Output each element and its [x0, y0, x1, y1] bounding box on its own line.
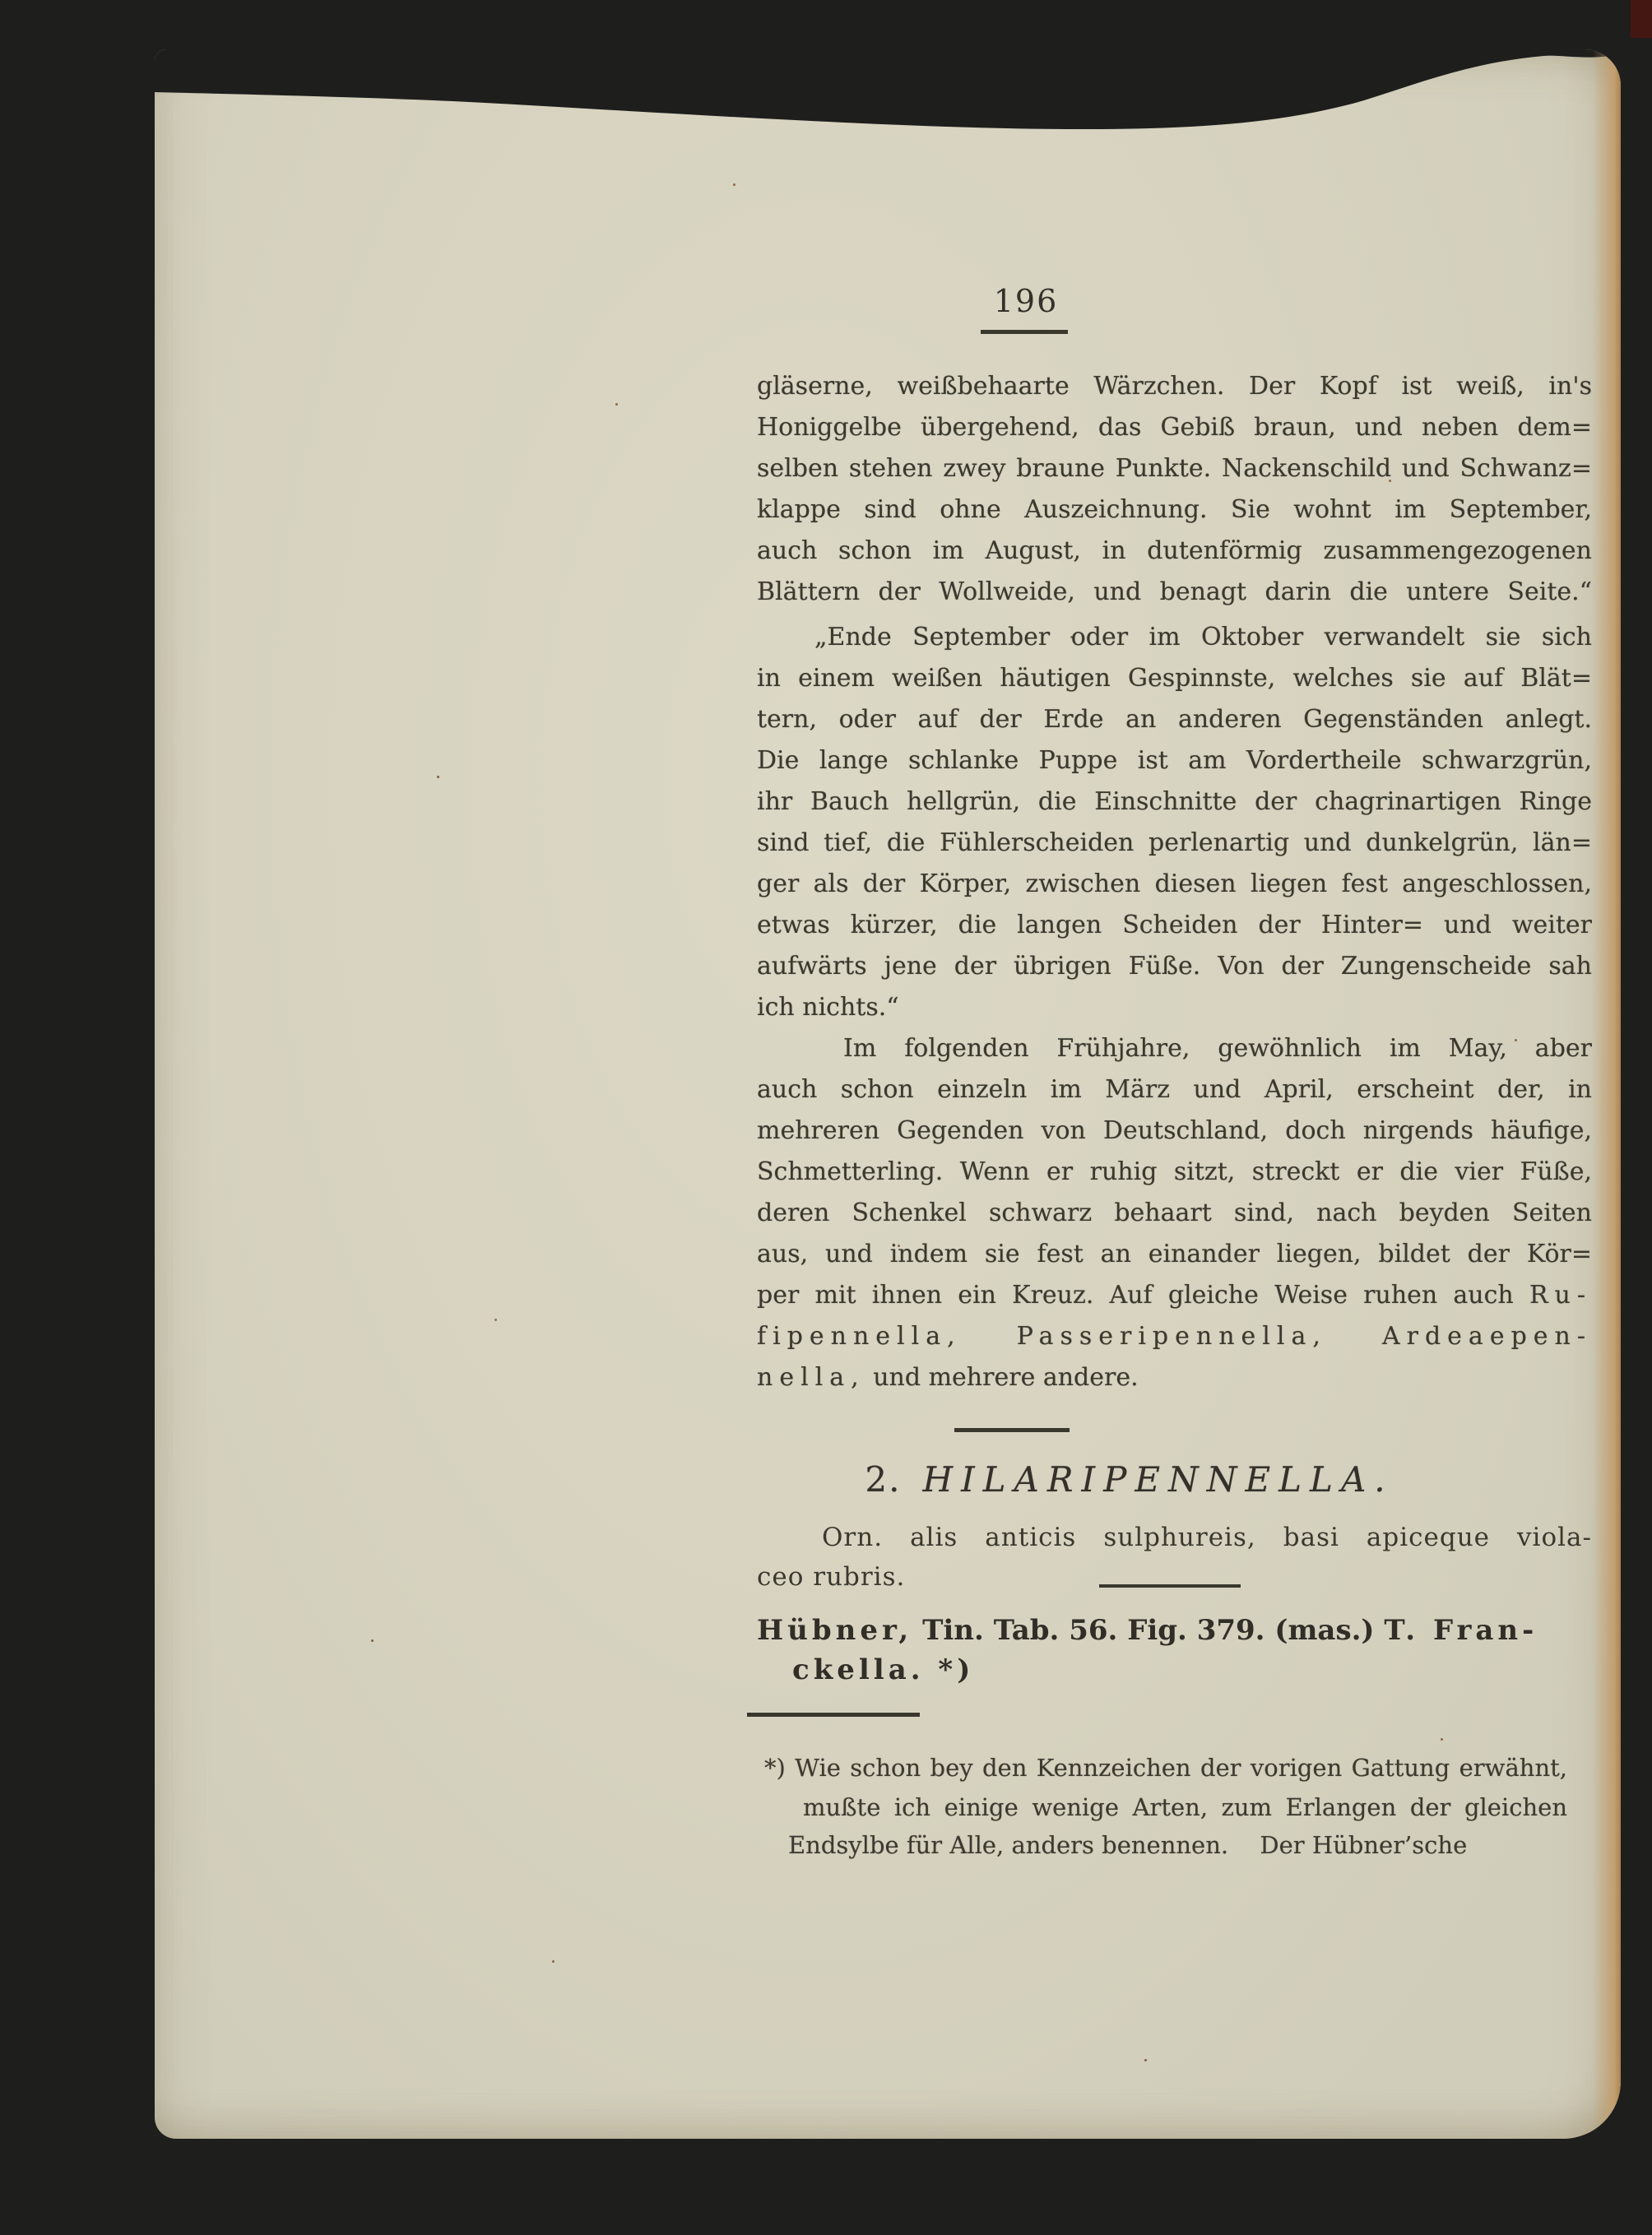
latin-diagnosis-line: Orn. alis anticis sulphureis, basi apice…: [757, 1518, 1592, 1557]
text-line: auch schon einzeln im März und April, er…: [757, 1069, 1592, 1111]
page-number: 196: [964, 283, 1088, 319]
footnote-separator-rule: [747, 1713, 920, 1717]
section-number: 2.: [865, 1459, 901, 1500]
scanned-book-photo: 196 gläserne, weißbehaarte Wärzchen. Der…: [0, 0, 1652, 2235]
footnote-line: Endsylbe für Alle, anders benennen. Der …: [788, 1826, 1567, 1864]
text-line: ich nichts.“: [757, 987, 1592, 1028]
reference-species: T. Fran-: [1384, 1614, 1538, 1647]
text-line: Die lange schlanke Puppe ist am Vorderth…: [757, 740, 1592, 781]
separator-rule: [954, 1428, 1070, 1432]
reference-citation: Tin. Tab. 56. Fig. 379. (mas.): [912, 1614, 1384, 1647]
paper-speckles: [155, 49, 157, 52]
adjacent-page-sliver: [1631, 0, 1652, 38]
text-line: „Ende September oder im Oktober verwande…: [757, 617, 1592, 658]
reference-line-continuation: ckella. *): [792, 1650, 974, 1690]
species-name: Ru-: [1529, 1281, 1592, 1310]
text-line: ger als der Körper, zwischen diesen lieg…: [757, 864, 1592, 905]
separator-rule: [1099, 1584, 1241, 1588]
section-heading: 2.HILARIPENNELLA.: [712, 1459, 1547, 1500]
text-line: nella, und mehrere andere.: [757, 1357, 1592, 1398]
text-column: 196 gläserne, weißbehaarte Wärzchen. Der…: [757, 49, 1592, 2139]
text-line: in einem weißen häutigen Gespinnste, wel…: [757, 658, 1592, 699]
footnote-line: mußte ich einige wenige Arten, zum Erlan…: [803, 1788, 1567, 1826]
paragraph-3: Im folgenden Frühjahre, gewöhnlich im Ma…: [757, 1028, 1592, 1398]
text-run: per mit ihnen ein Kreuz. Auf gleiche Wei…: [757, 1281, 1529, 1310]
paragraph-1: gläserne, weißbehaarte Wärzchen. Der Kop…: [757, 366, 1592, 613]
text-line: gläserne, weißbehaarte Wärzchen. Der Kop…: [757, 366, 1592, 407]
text-line: mehreren Gegenden von Deutschland, doch …: [757, 1111, 1592, 1152]
text-line: per mit ihnen ein Kreuz. Auf gleiche Wei…: [757, 1275, 1592, 1316]
text-line: Schmetterling. Wenn er ruhig sitzt, stre…: [757, 1152, 1592, 1193]
text-line: Im folgenden Frühjahre, gewöhnlich im Ma…: [757, 1028, 1592, 1069]
species-name: nella,: [757, 1363, 865, 1392]
reference-author: Hübner,: [757, 1614, 912, 1647]
text-line: auch schon im August, in dutenförmig zus…: [757, 531, 1592, 572]
text-line: selben stehen zwey braune Punkte. Nacken…: [757, 448, 1592, 489]
text-run: und mehrere andere.: [865, 1363, 1139, 1392]
page-edge-stack: [1593, 49, 1621, 2139]
text-line: aufwärts jene der übrigen Füße. Von der …: [757, 946, 1592, 987]
reference-species-continuation: ckella. *): [792, 1653, 974, 1686]
text-line: aus, und indem sie fest an einander lieg…: [757, 1234, 1592, 1275]
latin-diagnosis-line: ceo rubris.: [757, 1557, 1592, 1597]
text-line: ihr Bauch hellgrün, die Einschnitte der …: [757, 781, 1592, 823]
text-line: deren Schenkel schwarz behaart sind, nac…: [757, 1193, 1592, 1234]
text-line: tern, oder auf der Erde an anderen Gegen…: [757, 699, 1592, 740]
section-title: HILARIPENNELLA.: [922, 1459, 1393, 1500]
text-line: Honiggelbe übergehend, das Gebiß braun, …: [757, 407, 1592, 448]
paragraph-2: „Ende September oder im Oktober verwande…: [757, 617, 1592, 1028]
text-line: Blättern der Wollweide, und benagt darin…: [757, 572, 1592, 613]
text-line: etwas kürzer, die langen Scheiden der Hi…: [757, 905, 1592, 946]
reference-line: Hübner, Tin. Tab. 56. Fig. 379. (mas.) T…: [757, 1611, 1592, 1650]
text-line: klappe sind ohne Auszeichnung. Sie wohnt…: [757, 489, 1592, 531]
footnote-line: *) Wie schon bey den Kennzeichen der vor…: [764, 1749, 1567, 1787]
species-name-line: fipennella, Passeripennella, Ardeaepen-: [757, 1316, 1592, 1357]
book-page: 196 gläserne, weißbehaarte Wärzchen. Der…: [155, 49, 1621, 2139]
page-number-underline: [981, 330, 1068, 334]
text-line: sind tief, die Fühlerscheiden perlenarti…: [757, 823, 1592, 864]
